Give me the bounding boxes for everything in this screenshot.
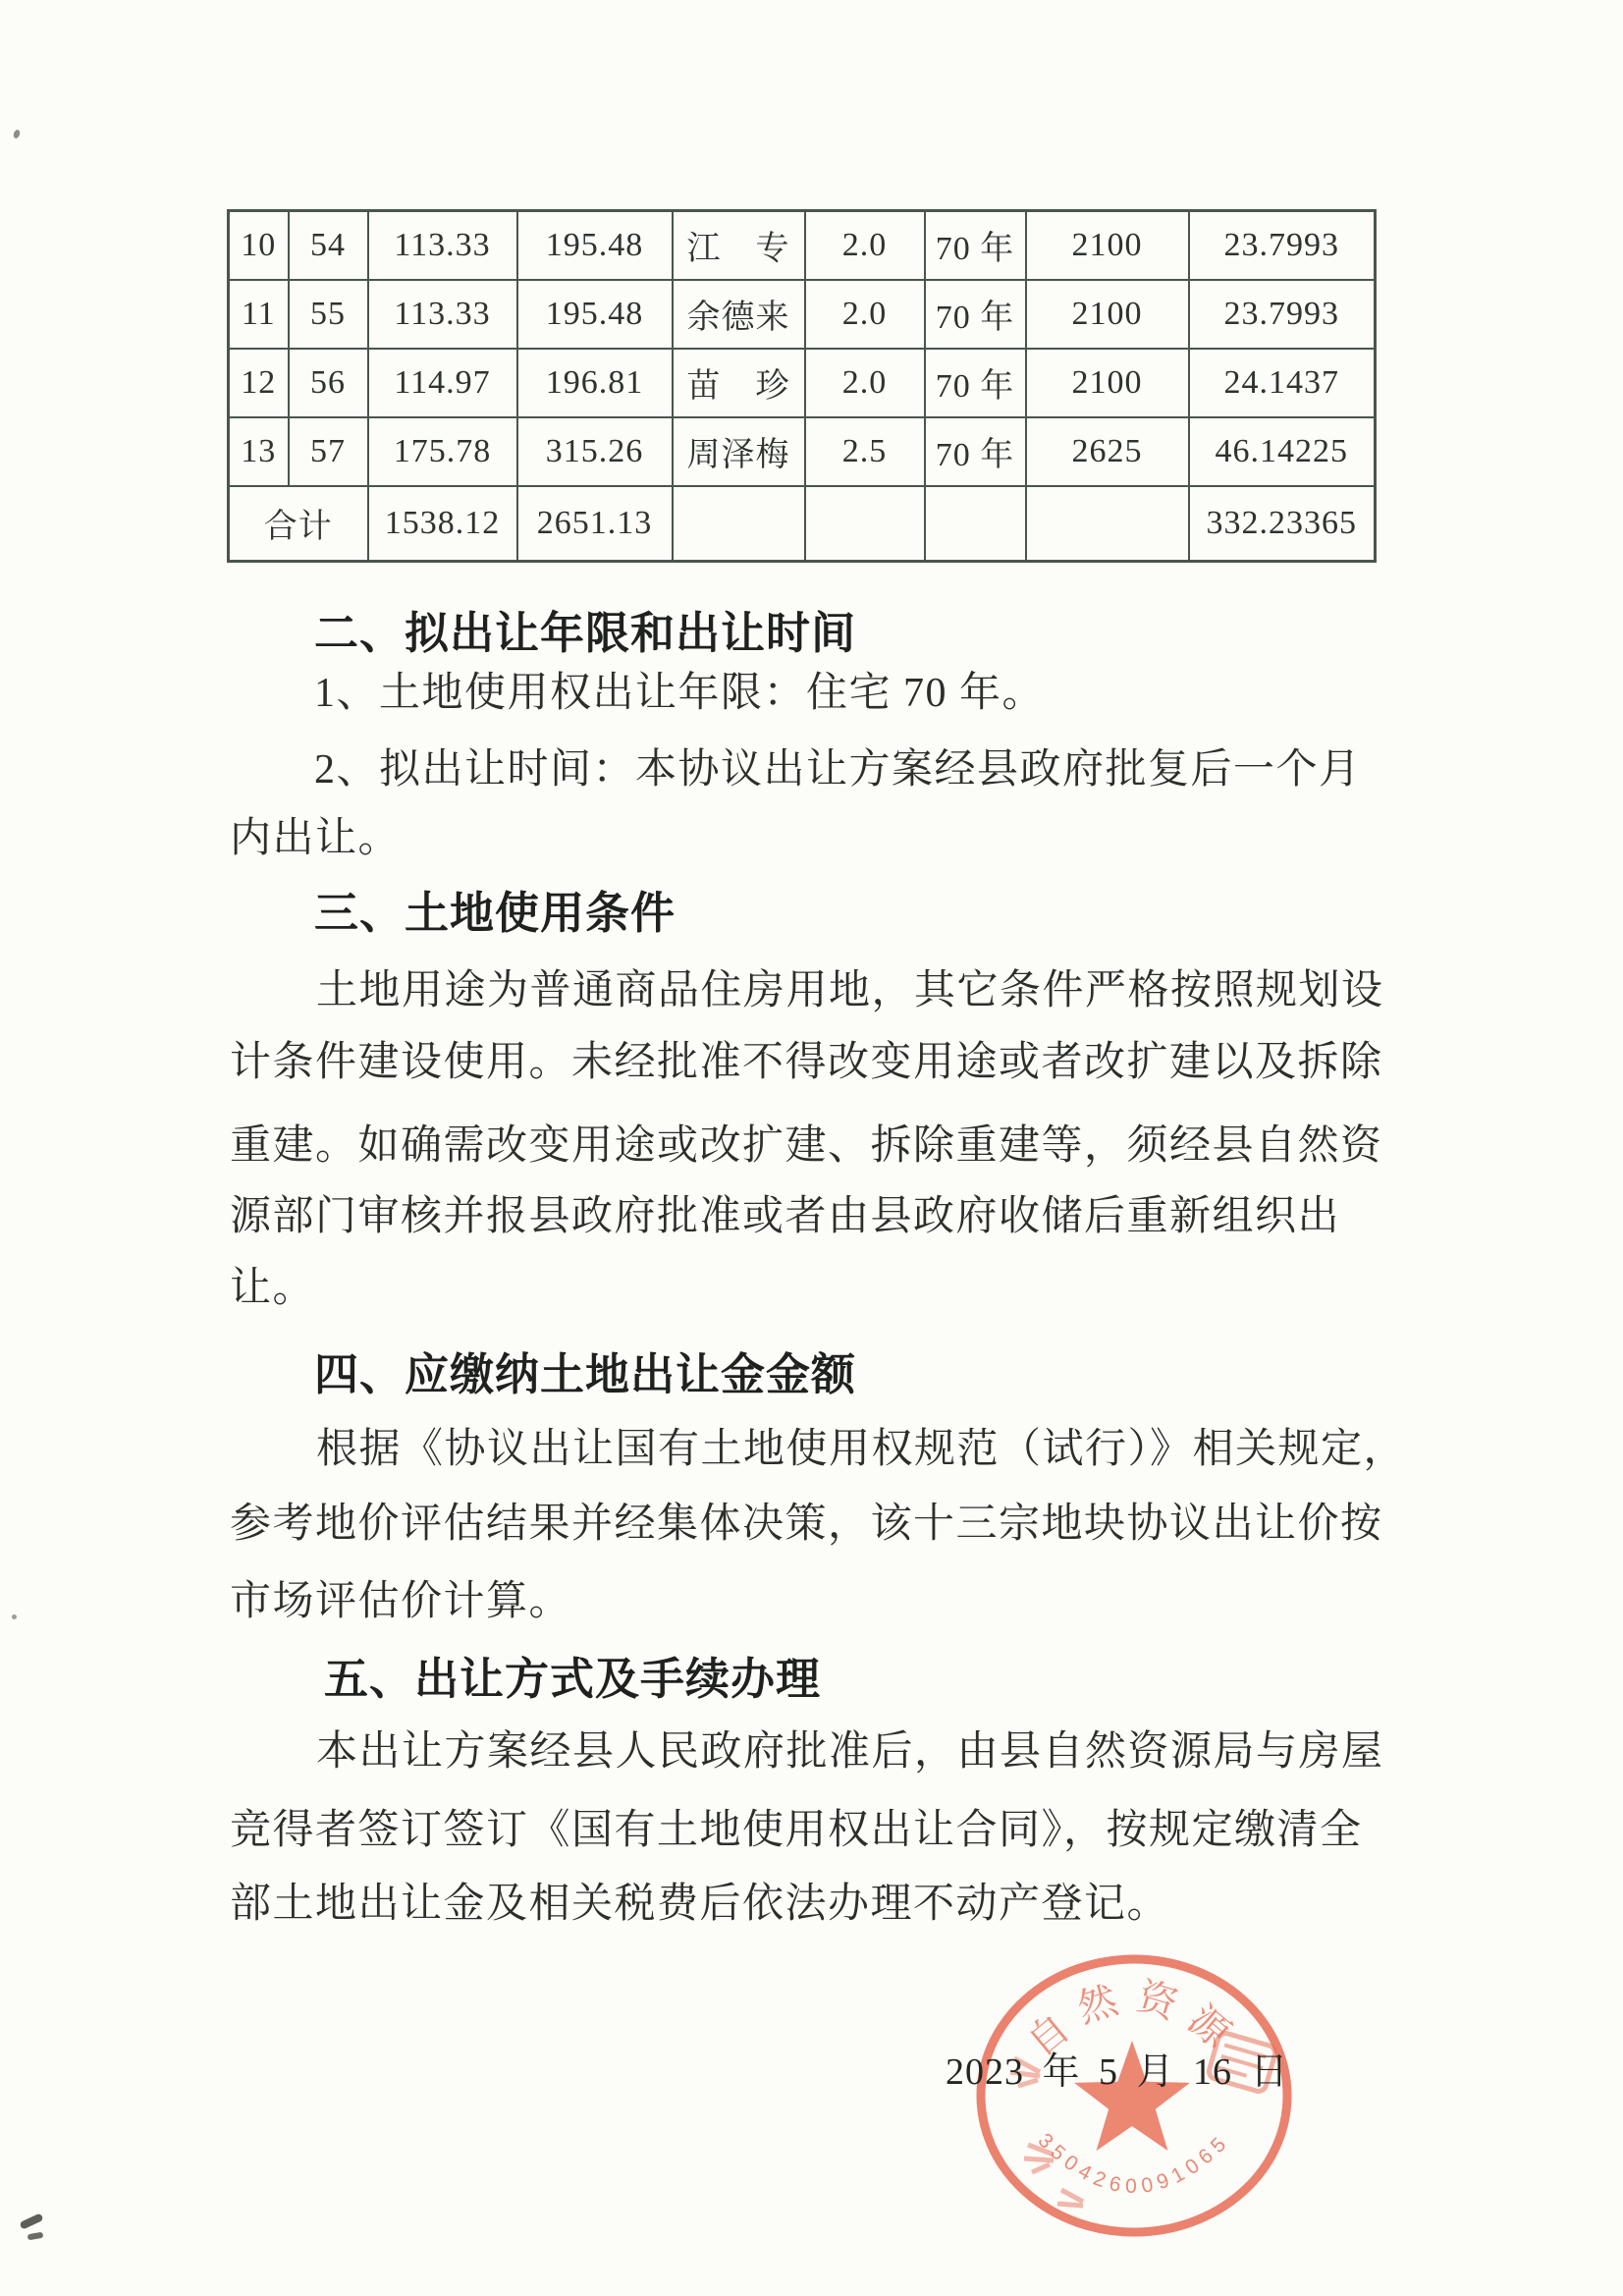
section-heading-4: 四、应缴纳土地出让金金额 <box>314 1339 856 1402</box>
cell-amount: 24.1437 <box>1189 349 1376 417</box>
paragraph-line: 本出让方案经县人民政府批准后，由县自然资源局与房屋 <box>316 1719 1384 1777</box>
section-heading-3: 三、土地使用条件 <box>314 877 676 941</box>
cell-total-amount: 332.23365 <box>1189 486 1376 562</box>
paragraph-line: 重建。如确需改变用途或改扩建、拆除重建等，须经县自然资 <box>230 1113 1383 1172</box>
cell-index: 13 <box>229 417 289 486</box>
cell-plot-no: 57 <box>289 417 368 486</box>
cell-index: 11 <box>229 280 289 349</box>
cell-term: 70 年 <box>925 349 1026 417</box>
cell-land-area: 175.78 <box>368 417 517 486</box>
cell-unit-price: 2100 <box>1026 280 1189 349</box>
paragraph-line: 竞得者签订签订《国有土地使用权出让合同》，按规定缴清全 <box>230 1797 1363 1856</box>
official-seal: 自然资源 3504260091065 <box>967 1952 1301 2247</box>
cell-grantee: 江 专 <box>673 211 805 280</box>
cell-empty <box>673 486 805 562</box>
paragraph-line: 根据《协议出让国有土地使用权规范（试行）》相关规定， <box>316 1416 1406 1475</box>
table-row: 13 57 175.78 315.26 周泽梅 2.5 70 年 2625 46… <box>229 417 1376 486</box>
scan-smudge <box>19 2213 43 2229</box>
table-row: 11 55 113.33 195.48 余德来 2.0 70 年 2100 23… <box>229 280 1376 349</box>
svg-text:3504260091065: 3504260091065 <box>1034 2129 1235 2198</box>
cell-building-area: 195.48 <box>517 280 673 349</box>
paragraph-line: 1、土地使用权出让年限：住宅 70 年。 <box>314 660 1045 719</box>
document-page: 10 54 113.33 195.48 江 专 2.0 70 年 2100 23… <box>0 0 1623 2296</box>
paragraph-line: 部土地出让金及相关税费后依法办理不动产登记。 <box>230 1871 1169 1930</box>
cell-empty <box>925 486 1026 562</box>
cell-building-area: 196.81 <box>517 349 673 417</box>
cell-index: 12 <box>229 349 289 417</box>
cell-plot-ratio: 2.5 <box>805 417 925 486</box>
cell-grantee: 周泽梅 <box>673 417 805 486</box>
cell-term: 70 年 <box>925 417 1026 486</box>
seal-serial-digits: 3504260091065 <box>1034 2129 1235 2198</box>
paragraph-line: 内出让。 <box>230 805 401 864</box>
cell-plot-ratio: 2.0 <box>805 280 925 349</box>
cell-land-area: 114.97 <box>368 349 517 417</box>
paragraph-line: 参考地价评估结果并经集体决策，该十三宗地块协议出让价按 <box>230 1491 1383 1550</box>
cell-amount: 46.14225 <box>1189 417 1376 486</box>
scan-speck <box>13 129 22 139</box>
cell-building-area: 195.48 <box>517 211 673 280</box>
cell-empty <box>805 486 925 562</box>
paragraph-line: 计条件建设使用。未经批准不得改变用途或者改扩建以及拆除 <box>230 1029 1383 1088</box>
cell-term: 70 年 <box>925 211 1026 280</box>
cell-grantee: 余德来 <box>673 280 805 349</box>
paragraph-line: 2、拟出让时间：本协议出让方案经县政府批复后一个月 <box>314 737 1362 795</box>
table-row: 10 54 113.33 195.48 江 专 2.0 70 年 2100 23… <box>229 211 1376 280</box>
scan-speck <box>12 1614 17 1619</box>
cell-land-area: 113.33 <box>368 211 517 280</box>
cell-plot-ratio: 2.0 <box>805 211 925 280</box>
paragraph-line: 市场评估价计算。 <box>230 1568 571 1627</box>
scan-smudge <box>27 2232 44 2241</box>
table-row: 12 56 114.97 196.81 苗 珍 2.0 70 年 2100 24… <box>229 349 1376 417</box>
cell-total-building-area: 2651.13 <box>517 486 673 562</box>
cell-land-area: 113.33 <box>368 280 517 349</box>
cell-plot-no: 54 <box>289 211 368 280</box>
table-total-row: 合计 1538.12 2651.13 332.23365 <box>229 486 1376 562</box>
cell-plot-no: 56 <box>289 349 368 417</box>
cell-plot-no: 55 <box>289 280 368 349</box>
cell-grantee: 苗 珍 <box>673 349 805 417</box>
cell-unit-price: 2100 <box>1026 349 1189 417</box>
cell-unit-price: 2100 <box>1026 211 1189 280</box>
cell-unit-price: 2625 <box>1026 417 1189 486</box>
cell-plot-ratio: 2.0 <box>805 349 925 417</box>
paragraph-line: 源部门审核并报县政府批准或者由县政府收储后重新组织出 <box>230 1183 1340 1242</box>
section-heading-5: 五、出让方式及手续办理 <box>324 1643 821 1707</box>
cell-empty <box>1026 486 1189 562</box>
cell-index: 10 <box>229 211 289 280</box>
date: 2023 年 5 月 16 日 <box>946 2041 1289 2095</box>
cell-total-land-area: 1538.12 <box>368 486 517 562</box>
cell-amount: 23.7993 <box>1189 280 1376 349</box>
paragraph-line: 让。 <box>230 1255 315 1314</box>
land-plots-table: 10 54 113.33 195.48 江 专 2.0 70 年 2100 23… <box>227 209 1377 563</box>
section-heading-2: 二、拟出让年限和出让时间 <box>314 597 856 661</box>
paragraph-line: 土地用途为普通商品住房用地，其它条件严格按照规划设 <box>316 957 1384 1016</box>
cell-amount: 23.7993 <box>1189 211 1376 280</box>
cell-term: 70 年 <box>925 280 1026 349</box>
cell-total-label: 合计 <box>229 486 368 562</box>
cell-building-area: 315.26 <box>517 417 673 486</box>
